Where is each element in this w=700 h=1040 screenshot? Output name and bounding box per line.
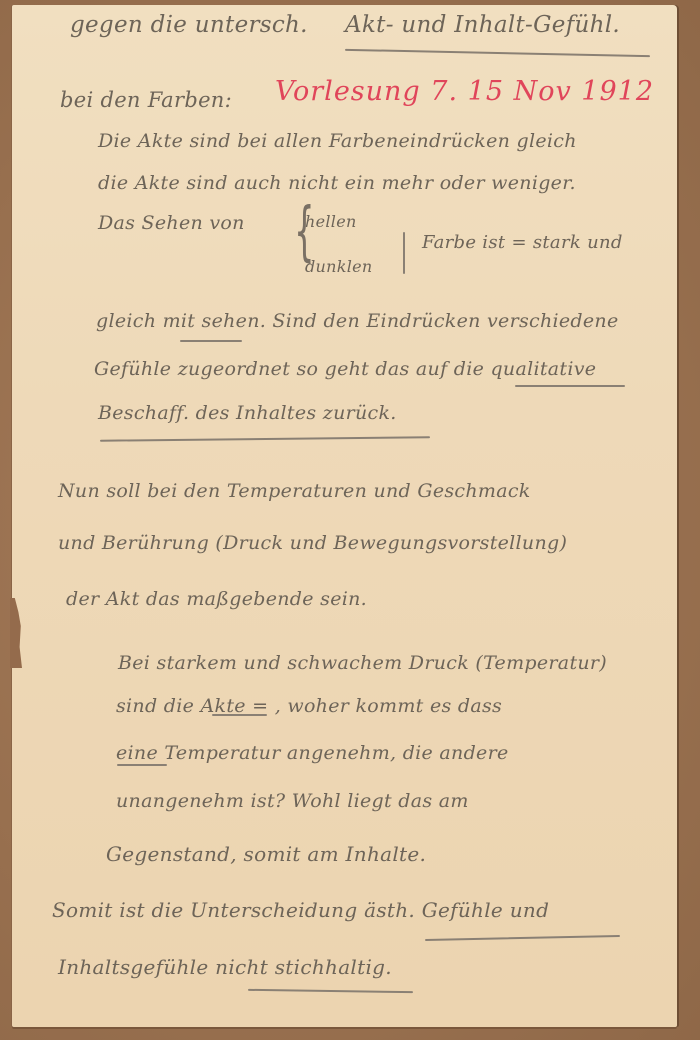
underline-eine <box>117 764 167 766</box>
left-brace: { <box>294 200 314 264</box>
conclusion-line1: Somit ist die Unterscheidung ästh. Gefüh… <box>52 898 549 922</box>
header-line1-left: gegen die untersch. <box>70 12 308 38</box>
p3-line1: Bei starkem und schwachem Druck (Tempera… <box>118 652 607 674</box>
header-line2-left: bei den Farben: <box>60 88 232 112</box>
p3-line4: unangenehm ist? Wohl liegt das am <box>116 790 469 812</box>
p2-line1: Nun soll bei den Temperaturen und Geschm… <box>58 480 531 502</box>
brace-result: Farbe ist = stark und <box>422 232 623 253</box>
p3-line3: eine Temperatur angenehm, die andere <box>116 742 509 764</box>
p1-line3: Das Sehen von <box>98 212 245 234</box>
p1-line2: die Akte sind auch nicht ein mehr oder w… <box>98 172 576 194</box>
p1-cont-line2: Gefühle zugeordnet so geht das auf die q… <box>94 358 596 380</box>
p2-line2: und Berührung (Druck und Bewegungsvorste… <box>58 532 567 554</box>
p2-line3: der Akt das maßgebende sein. <box>66 588 367 610</box>
p1-line1: Die Akte sind bei allen Farbeneindrücken… <box>98 130 577 152</box>
brace-option-2: dunklen <box>305 257 373 276</box>
underline-qualitative <box>515 385 625 387</box>
p1-cont-line1: gleich mit sehen. Sind den Eindrücken ve… <box>96 310 619 332</box>
right-bracket <box>403 232 405 274</box>
p3-line2: sind die Akte = , woher kommt es dass <box>116 695 502 717</box>
p3-line5: Gegenstand, somit am Inhalte. <box>106 842 426 866</box>
header-line1-right: Akt- und Inhalt-Gefühl. <box>345 12 620 38</box>
conclusion-line2: Inhaltsgefühle nicht stichhaltig. <box>58 955 392 979</box>
paper-sheet <box>12 5 677 1027</box>
lecture-note-red: Vorlesung 7. 15 Nov 1912 <box>275 76 654 107</box>
brace-option-1: hellen <box>305 212 357 231</box>
underline-akte <box>212 714 267 716</box>
underline-sehen <box>180 340 242 342</box>
p1-cont-line3: Beschaff. des Inhaltes zurück. <box>98 402 397 424</box>
